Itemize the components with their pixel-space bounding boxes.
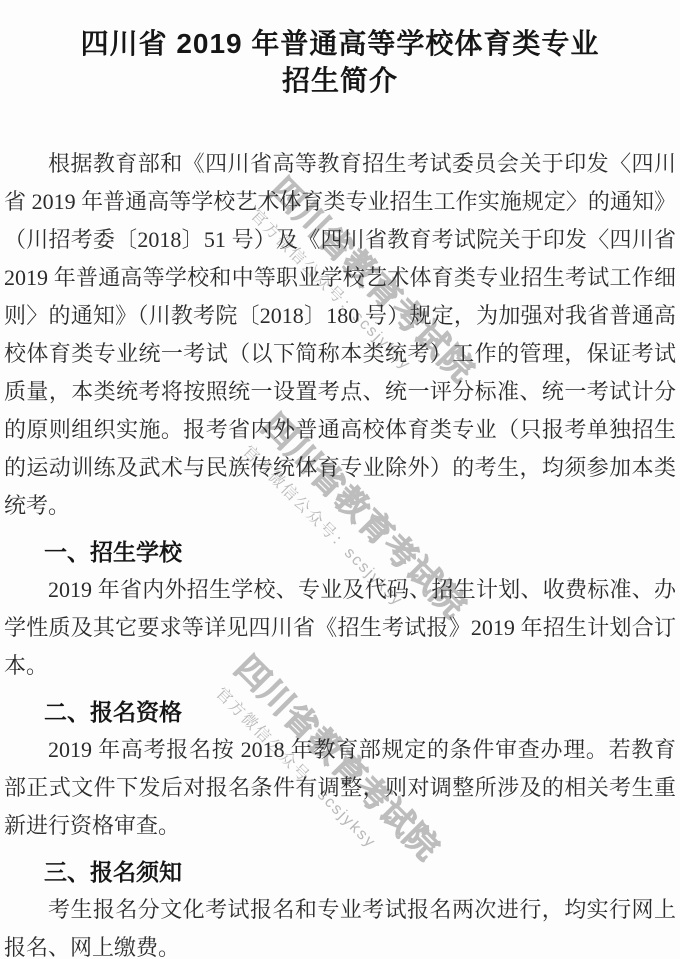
document-title: 四川省 2019 年普通高等学校体育类专业 招生简介 xyxy=(0,0,680,99)
paragraph: 根据教育部和《四川省高等教育招生考试委员会关于印发〈四川省 2019 年普通高等… xyxy=(4,145,676,525)
document-content: 四川省 2019 年普通高等学校体育类专业 招生简介 根据教育部和《四川省高等教… xyxy=(0,0,680,959)
paragraph: 考生报名分文化考试报名和专业考试报名两次进行，均实行网上报名、网上缴费。 xyxy=(4,891,676,959)
section-heading: 二、报名资格 xyxy=(4,693,676,731)
section-heading: 三、报名须知 xyxy=(4,853,676,891)
paragraph: 2019 年省内外招生学校、专业及代码、招生计划、收费标准、办学性质及其它要求等… xyxy=(4,571,676,685)
document-page: 四川省教育考试院 官方微信公众号：scsjyksy 四川省教育考试院 官方微信公… xyxy=(0,0,680,959)
title-line-2: 招生简介 xyxy=(0,62,680,99)
paragraph: 2019 年高考报名按 2018 年教育部规定的条件审查办理。若教育部正式文件下… xyxy=(4,731,676,845)
section-heading: 一、招生学校 xyxy=(4,533,676,571)
document-body: 根据教育部和《四川省高等教育招生考试委员会关于印发〈四川省 2019 年普通高等… xyxy=(0,99,680,959)
title-line-1: 四川省 2019 年普通高等学校体育类专业 xyxy=(0,25,680,62)
